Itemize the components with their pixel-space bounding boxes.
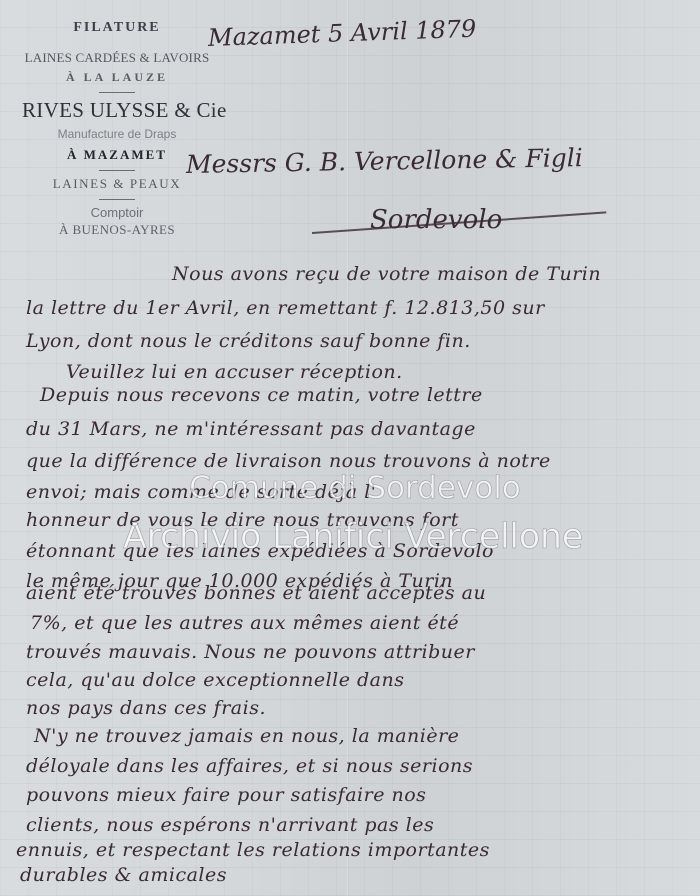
body-line: cela, qu'au dolce exceptionnelle dans xyxy=(26,669,405,691)
body-line: 7%, et que les autres aux mêmes aient ét… xyxy=(30,612,459,634)
body-line: que la différence de livraison nous trou… xyxy=(26,450,551,472)
letterhead-mazamet: À MAZAMET xyxy=(22,147,212,163)
letter-page: FILATURE LAINES CARDÉES & LAVOIRS À LA L… xyxy=(0,0,700,896)
letterhead-comptoir: Comptoir xyxy=(22,205,212,220)
body-line: du 31 Mars, ne m'intéressant pas davanta… xyxy=(26,418,476,440)
body-line: clients, nous espérons n'arrivant pas le… xyxy=(26,814,434,836)
letterhead-la-lauze: À LA LAUZE xyxy=(22,70,212,85)
body-line: déloyale dans les affaires, et si nous s… xyxy=(26,755,473,777)
body-line: Veuillez lui en accuser réception. xyxy=(66,361,403,383)
body-line: Nous avons reçu de votre maison de Turin xyxy=(172,263,601,285)
body-line: la lettre du 1er Avril, en remettant f. … xyxy=(26,297,545,319)
place-date: Mazamet 5 Avril 1879 xyxy=(208,15,477,52)
watermark-archivio: Archivio Lanifici Vercellone xyxy=(3,517,700,557)
letterhead-divider xyxy=(99,170,135,171)
letterhead-laines-peaux: LAINES & PEAUX xyxy=(22,176,212,192)
body-line: pouvons mieux faire pour satisfaire nos xyxy=(26,784,426,806)
body-line: nos pays dans ces frais. xyxy=(26,697,266,719)
body-line: Depuis nous recevons ce matin, votre let… xyxy=(40,384,483,406)
letterhead-divider xyxy=(99,92,135,93)
body-line: N'y ne trouvez jamais en nous, la manièr… xyxy=(34,725,459,747)
letterhead-buenos-ayres: À BUENOS-AYRES xyxy=(22,222,212,238)
watermark-comune: Comune di Sordevolo xyxy=(5,470,700,506)
addressee: Messrs G. B. Vercellone & Figli xyxy=(186,143,583,179)
body-line: aient été trouvés bonnes et aient accept… xyxy=(26,582,486,604)
letterhead-divider xyxy=(99,199,135,200)
letterhead-manufacture: Manufacture de Draps xyxy=(22,127,212,141)
body-line: Lyon, dont nous le créditons sauf bonne … xyxy=(26,330,471,352)
letterhead: FILATURE LAINES CARDÉES & LAVOIRS À LA L… xyxy=(22,18,212,238)
body-line: durables & amicales xyxy=(20,864,227,886)
body-line: ennuis, et respectant les relations impo… xyxy=(16,839,490,861)
body-line: trouvés mauvais. Nous ne pouvons attribu… xyxy=(26,641,475,663)
letterhead-laines-cardees: LAINES CARDÉES & LAVOIRS xyxy=(22,50,212,66)
letterhead-filature: FILATURE xyxy=(22,20,212,36)
letterhead-company-name: RIVES ULYSSE & Cie xyxy=(22,98,212,123)
